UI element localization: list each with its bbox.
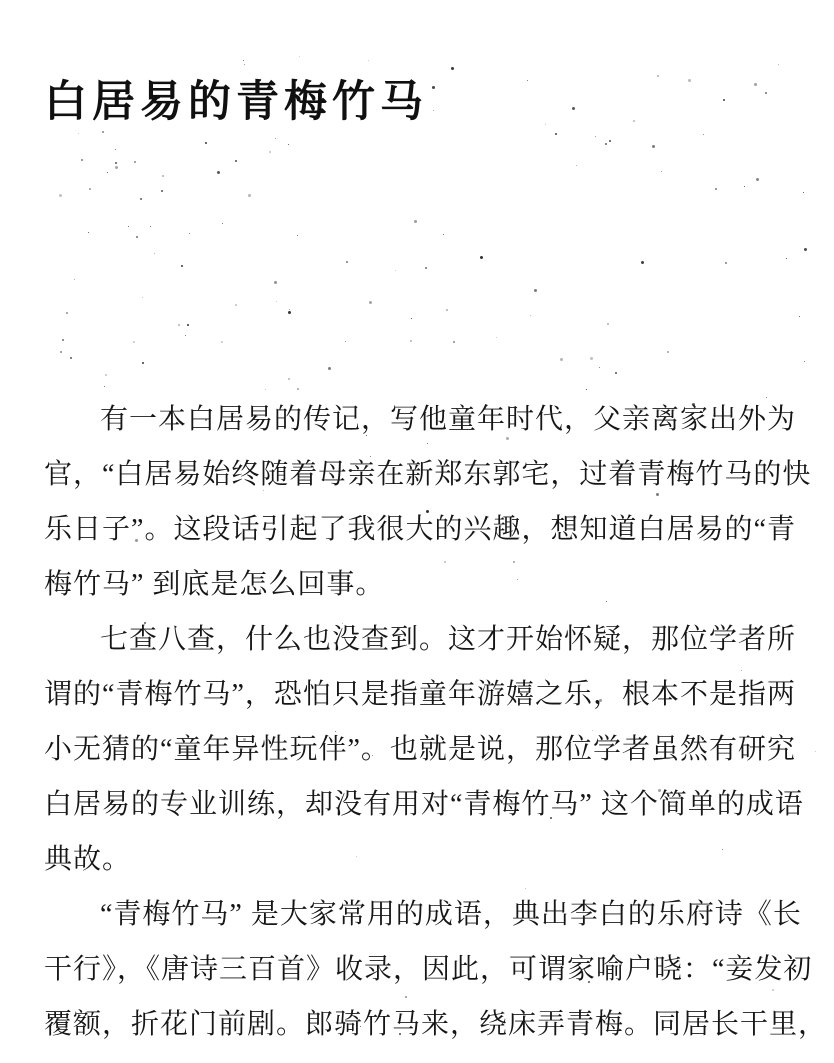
scan-speck: [576, 165, 577, 166]
scan-speck: [88, 232, 89, 233]
scan-speck: [248, 194, 251, 197]
scan-speck: [274, 281, 277, 284]
scan-speck: [299, 56, 300, 57]
page-title: 白居易的青梅竹马: [44, 68, 428, 129]
scan-speck: [534, 289, 537, 292]
scan-speck: [345, 341, 346, 342]
scan-speck: [81, 159, 83, 161]
scan-speck: [70, 357, 72, 359]
scan-speck: [235, 160, 237, 162]
scan-speck: [78, 133, 79, 134]
scan-speck: [59, 194, 62, 197]
scan-speck: [275, 138, 276, 139]
text-line: 干行》，《唐诗三百首》收录，因此，可谓家喻户晓：“妾发初: [44, 942, 796, 997]
scan-speck: [804, 248, 807, 251]
scan-speck: [128, 226, 129, 227]
scan-speck: [527, 80, 528, 81]
text-line: 官，“白居易始终随着母亲在新郑东郭宅，过着青梅竹马的快: [44, 447, 796, 502]
scan-speck: [115, 162, 117, 164]
scan-speck: [633, 120, 635, 122]
scan-speck: [104, 386, 105, 387]
scan-speck: [432, 86, 435, 89]
scan-speck: [221, 341, 223, 343]
text-line: 典故。: [44, 832, 796, 887]
scan-speck: [453, 341, 455, 343]
scan-speck: [205, 142, 207, 144]
scan-speck: [609, 140, 611, 142]
scan-speck: [754, 83, 757, 86]
scan-speck: [586, 389, 587, 390]
scan-speck: [136, 236, 138, 238]
scan-speck: [60, 351, 62, 353]
scan-speck: [555, 133, 557, 135]
scan-speck: [181, 265, 183, 267]
text-line: 小无猜的“童年异性玩伴”。也就是说，那位学者虽然有研究: [44, 722, 796, 777]
scan-speck: [328, 367, 331, 370]
scan-speck: [102, 131, 104, 133]
scan-speck: [410, 340, 412, 342]
scan-speck: [572, 107, 575, 110]
scan-speck: [89, 188, 91, 190]
scan-speck: [605, 143, 607, 145]
scan-speck: [595, 136, 596, 137]
scan-speck: [297, 388, 299, 390]
text-line: 梅竹马” 到底是怎么回事。: [44, 557, 796, 612]
scan-speck: [778, 64, 779, 65]
scan-speck: [105, 374, 107, 376]
text-line: 有一本白居易的传记，写他童年时代，父亲离家出外为: [44, 392, 796, 447]
scan-speck: [641, 261, 644, 264]
scan-speck: [140, 198, 142, 200]
scan-speck: [276, 301, 277, 302]
scan-speck: [799, 316, 800, 317]
scan-speck: [765, 92, 767, 94]
scan-speck: [703, 134, 704, 135]
scan-speck: [433, 110, 434, 111]
scan-speck: [725, 262, 727, 264]
scan-speck: [244, 64, 245, 65]
scan-speck: [187, 324, 189, 326]
scan-speck: [115, 149, 116, 150]
scan-speck: [545, 124, 546, 125]
scan-speck: [134, 161, 136, 163]
scan-speck: [804, 361, 805, 362]
scan-speck: [288, 144, 289, 145]
scan-speck: [815, 751, 816, 752]
scan-speck: [74, 279, 75, 280]
scan-speck: [142, 362, 144, 364]
text-line: 谓的“青梅竹马”，恐怕只是指童年游嬉之乐，根本不是指两: [44, 667, 796, 722]
scan-speck: [66, 312, 68, 314]
scan-speck: [222, 223, 223, 224]
scan-speck: [243, 60, 244, 61]
scan-speck: [661, 171, 662, 172]
scan-speck: [411, 318, 412, 319]
scan-speck: [217, 171, 220, 174]
scan-speck: [162, 175, 164, 177]
scan-speck: [369, 301, 372, 304]
scan-speck: [346, 261, 348, 263]
scan-speck: [289, 309, 290, 310]
scan-speck: [368, 60, 369, 61]
text-line: “青梅竹马” 是大家常用的成语，典出李白的乐府诗《长: [44, 887, 796, 942]
scan-speck: [446, 309, 448, 311]
scan-speck: [657, 75, 659, 77]
scan-speck: [150, 226, 151, 227]
scan-speck: [154, 253, 155, 254]
scan-speck: [235, 304, 237, 306]
scan-speck: [590, 357, 593, 360]
body-text: 有一本白居易的传记，写他童年时代，父亲离家出外为 官，“白居易始终随着母亲在新郑…: [44, 392, 796, 1052]
scan-speck: [756, 178, 759, 181]
scan-speck: [425, 267, 427, 269]
scan-speck: [62, 339, 64, 341]
scan-speck: [269, 151, 271, 153]
scan-speck: [723, 99, 725, 101]
scan-speck: [115, 166, 118, 169]
text-line: 七查八查，什么也没查到。这才开始怀疑，那位学者所: [44, 612, 796, 667]
text-line: 乐日子”。这段话引起了我很大的兴趣，想知道白居易的“青: [44, 502, 796, 557]
scan-speck: [414, 220, 417, 223]
scan-speck: [744, 186, 745, 187]
scan-speck: [133, 341, 135, 343]
scan-speck: [395, 270, 396, 271]
scan-speck: [530, 315, 531, 316]
scan-speck: [652, 145, 655, 148]
scan-speck: [496, 337, 497, 338]
scan-speck: [451, 67, 454, 70]
scan-speck: [715, 188, 717, 190]
scan-speck: [688, 79, 691, 82]
scan-speck: [607, 323, 609, 325]
text-line: 覆额，折花门前剧。郎骑竹马来，绕床弄青梅。同居长干里，: [44, 997, 796, 1052]
scan-speck: [189, 233, 190, 234]
scan-speck: [480, 256, 483, 259]
scan-speck: [667, 351, 669, 353]
scan-speck: [288, 311, 291, 314]
scan-speck: [297, 235, 298, 236]
scanned-book-page: 白居易的青梅竹马 有一本白居易的传记，写他童年时代，父亲离家出外为 官，“白居易…: [0, 0, 834, 1063]
scan-speck: [265, 389, 266, 390]
scan-speck: [185, 335, 186, 336]
scan-speck: [615, 372, 617, 374]
scan-speck: [161, 190, 163, 192]
scan-speck: [560, 358, 563, 361]
scan-speck: [803, 192, 804, 193]
scan-speck: [142, 297, 143, 298]
text-line: 白居易的专业训练，却没有用对“青梅竹马” 这个简单的成语: [44, 777, 796, 832]
scan-speck: [288, 378, 290, 380]
scan-speck: [599, 367, 600, 368]
scan-speck: [443, 234, 444, 235]
scan-speck: [786, 258, 787, 259]
scan-speck: [178, 324, 180, 326]
scan-speck: [107, 172, 108, 173]
